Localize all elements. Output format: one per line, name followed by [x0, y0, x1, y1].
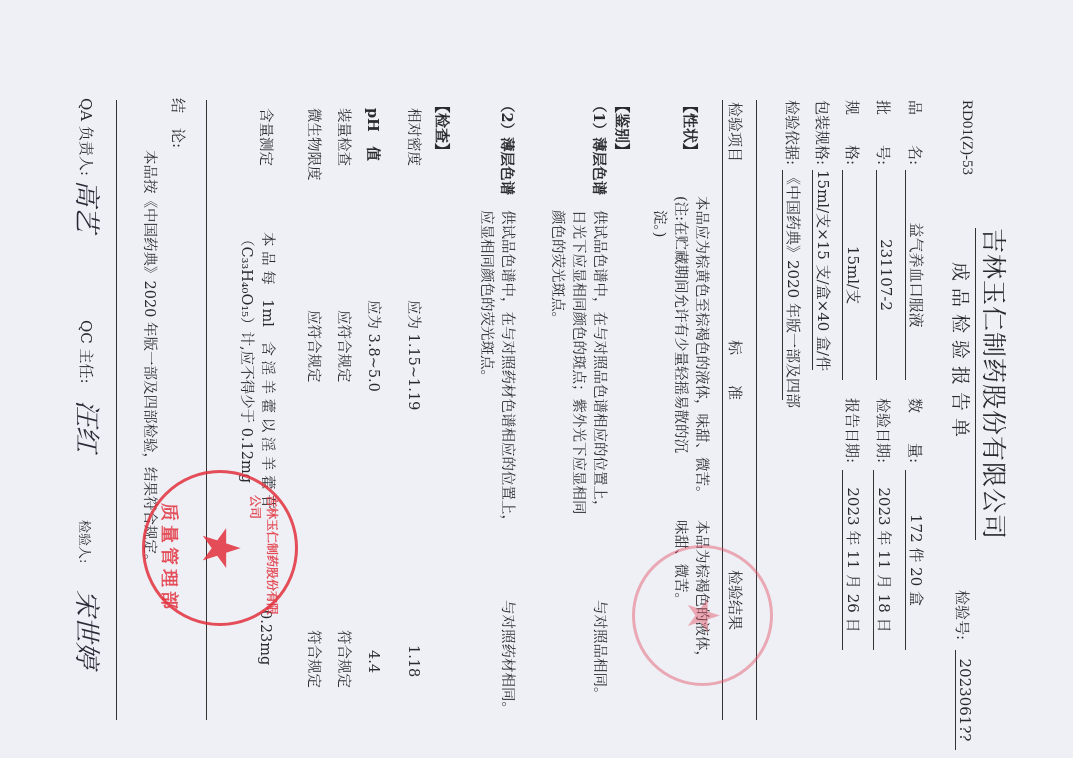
section-identification: 【鉴别】	[612, 98, 633, 158]
inspector-signature: 宋世婷	[70, 590, 107, 668]
density-name: 相对密度	[402, 108, 423, 166]
qc-label: QC 主任:	[76, 320, 97, 384]
table-bottom-rule	[206, 100, 207, 720]
tlc1-name: （1）薄层色谱	[588, 98, 609, 195]
quality-dept-stamp: ★ 吉林玉仁制药股份有限公司 质量管理部	[142, 470, 298, 626]
inspection-report-page: RD01(Z)-53 吉林玉仁制药股份有限公司 成品检验报告单 检验号: 202…	[0, 0, 1073, 758]
assay-standard: 本 品 每 1ml 含 淫 羊 藿 以 淫 羊 藿 苷 （C₃₃H₄₀O₁₅）计…	[235, 232, 277, 509]
product-name-label: 品 名:	[905, 100, 926, 165]
micro-result: 符合规定	[302, 630, 323, 688]
stamp-bottom-text: 质量管理部	[157, 503, 183, 613]
inspect-date-label: 检验日期:	[873, 398, 894, 463]
report-no-label: 检验号:	[952, 590, 973, 640]
report-title: 成品检验报告单	[948, 262, 975, 444]
faint-stamp: ★	[632, 545, 773, 686]
package-label: 包装规格:	[812, 100, 833, 165]
stamp-star-icon: ★	[194, 525, 246, 572]
section-appearance: 【性状】	[680, 98, 701, 158]
micro-name: 微生物限度	[302, 108, 323, 181]
spec-value: 15ml/支	[842, 170, 864, 380]
density-result: 1.18	[402, 645, 423, 677]
density-standard: 应为 1.15~1.19	[402, 300, 423, 410]
micro-standard: 应符合规定	[302, 310, 323, 383]
company-name: 吉林玉仁制药股份有限公司	[975, 228, 1013, 540]
qa-signature: 高艺	[70, 180, 107, 232]
qc-signature: 汪红	[70, 400, 107, 452]
faint-stamp-star-icon: ★	[681, 596, 725, 635]
basis-label: 检验依据:	[782, 100, 803, 165]
form-code: RD01(Z)-53	[958, 100, 975, 175]
batch-value: 231107-2	[876, 170, 895, 380]
ph-result: 4.4	[362, 650, 383, 673]
header-item: 检验项目	[725, 102, 746, 162]
tlc2-name: （2）薄层色谱	[496, 98, 517, 195]
spec-label: 规 格:	[842, 100, 863, 165]
report-date-label: 报告日期:	[842, 398, 863, 463]
ph-name: pH 值	[362, 108, 383, 161]
tlc1-result: 与对照品相同。	[588, 600, 609, 702]
conclusion-label: 结 论:	[168, 98, 189, 148]
assay-name: 含量测定	[254, 108, 275, 166]
conclusion-rule	[116, 100, 117, 720]
fill-result: 符合规定	[332, 630, 353, 688]
quantity-label: 数 量:	[905, 398, 926, 463]
package-value: 15ml/支×15 支/盒×40 盒/件	[812, 170, 834, 370]
fill-standard: 应符合规定	[332, 310, 353, 383]
tlc2-standard: 供试品色谱中，在与对照药材色谱相应的位置上， 应显相同颜色的荧光斑点。	[475, 210, 517, 529]
fill-name: 装量检查	[332, 108, 353, 166]
appearance-standard: 本品应为棕黄色至棕褐色的液体，味甜、微苦。 (注:在贮藏期间允许有少量轻摇易散的…	[648, 196, 711, 501]
batch-label: 批 号:	[873, 100, 894, 165]
qa-label: QA 负责人:	[76, 98, 97, 176]
section-examination: 【检查】	[432, 98, 453, 158]
tlc2-result: 与对照药材相同。	[496, 600, 517, 716]
basis-value: 《中国药典》2020 年版一部及四部	[782, 170, 804, 400]
tlc1-standard: 供试品色谱中，在与对照品色谱相应的位置上， 日光下应显相同颜色的斑点；紫外光下应…	[546, 210, 609, 515]
ph-standard: 应为 3.8~5.0	[362, 300, 383, 392]
report-date-value: 2023 年 11 月 26 日	[842, 470, 864, 650]
inspect-date-value: 2023 年 11 月 18 日	[873, 470, 895, 650]
quantity-value: 172 件 20 盒	[905, 470, 927, 650]
stamp-top-text: 吉林玉仁制药股份有限公司	[247, 495, 281, 623]
inspector-label: 检验人:	[76, 520, 95, 563]
report-no-value: 2023061??	[955, 650, 974, 750]
product-name-value: 益气养血口服液	[905, 170, 927, 380]
header-standard: 标 准	[725, 340, 746, 400]
